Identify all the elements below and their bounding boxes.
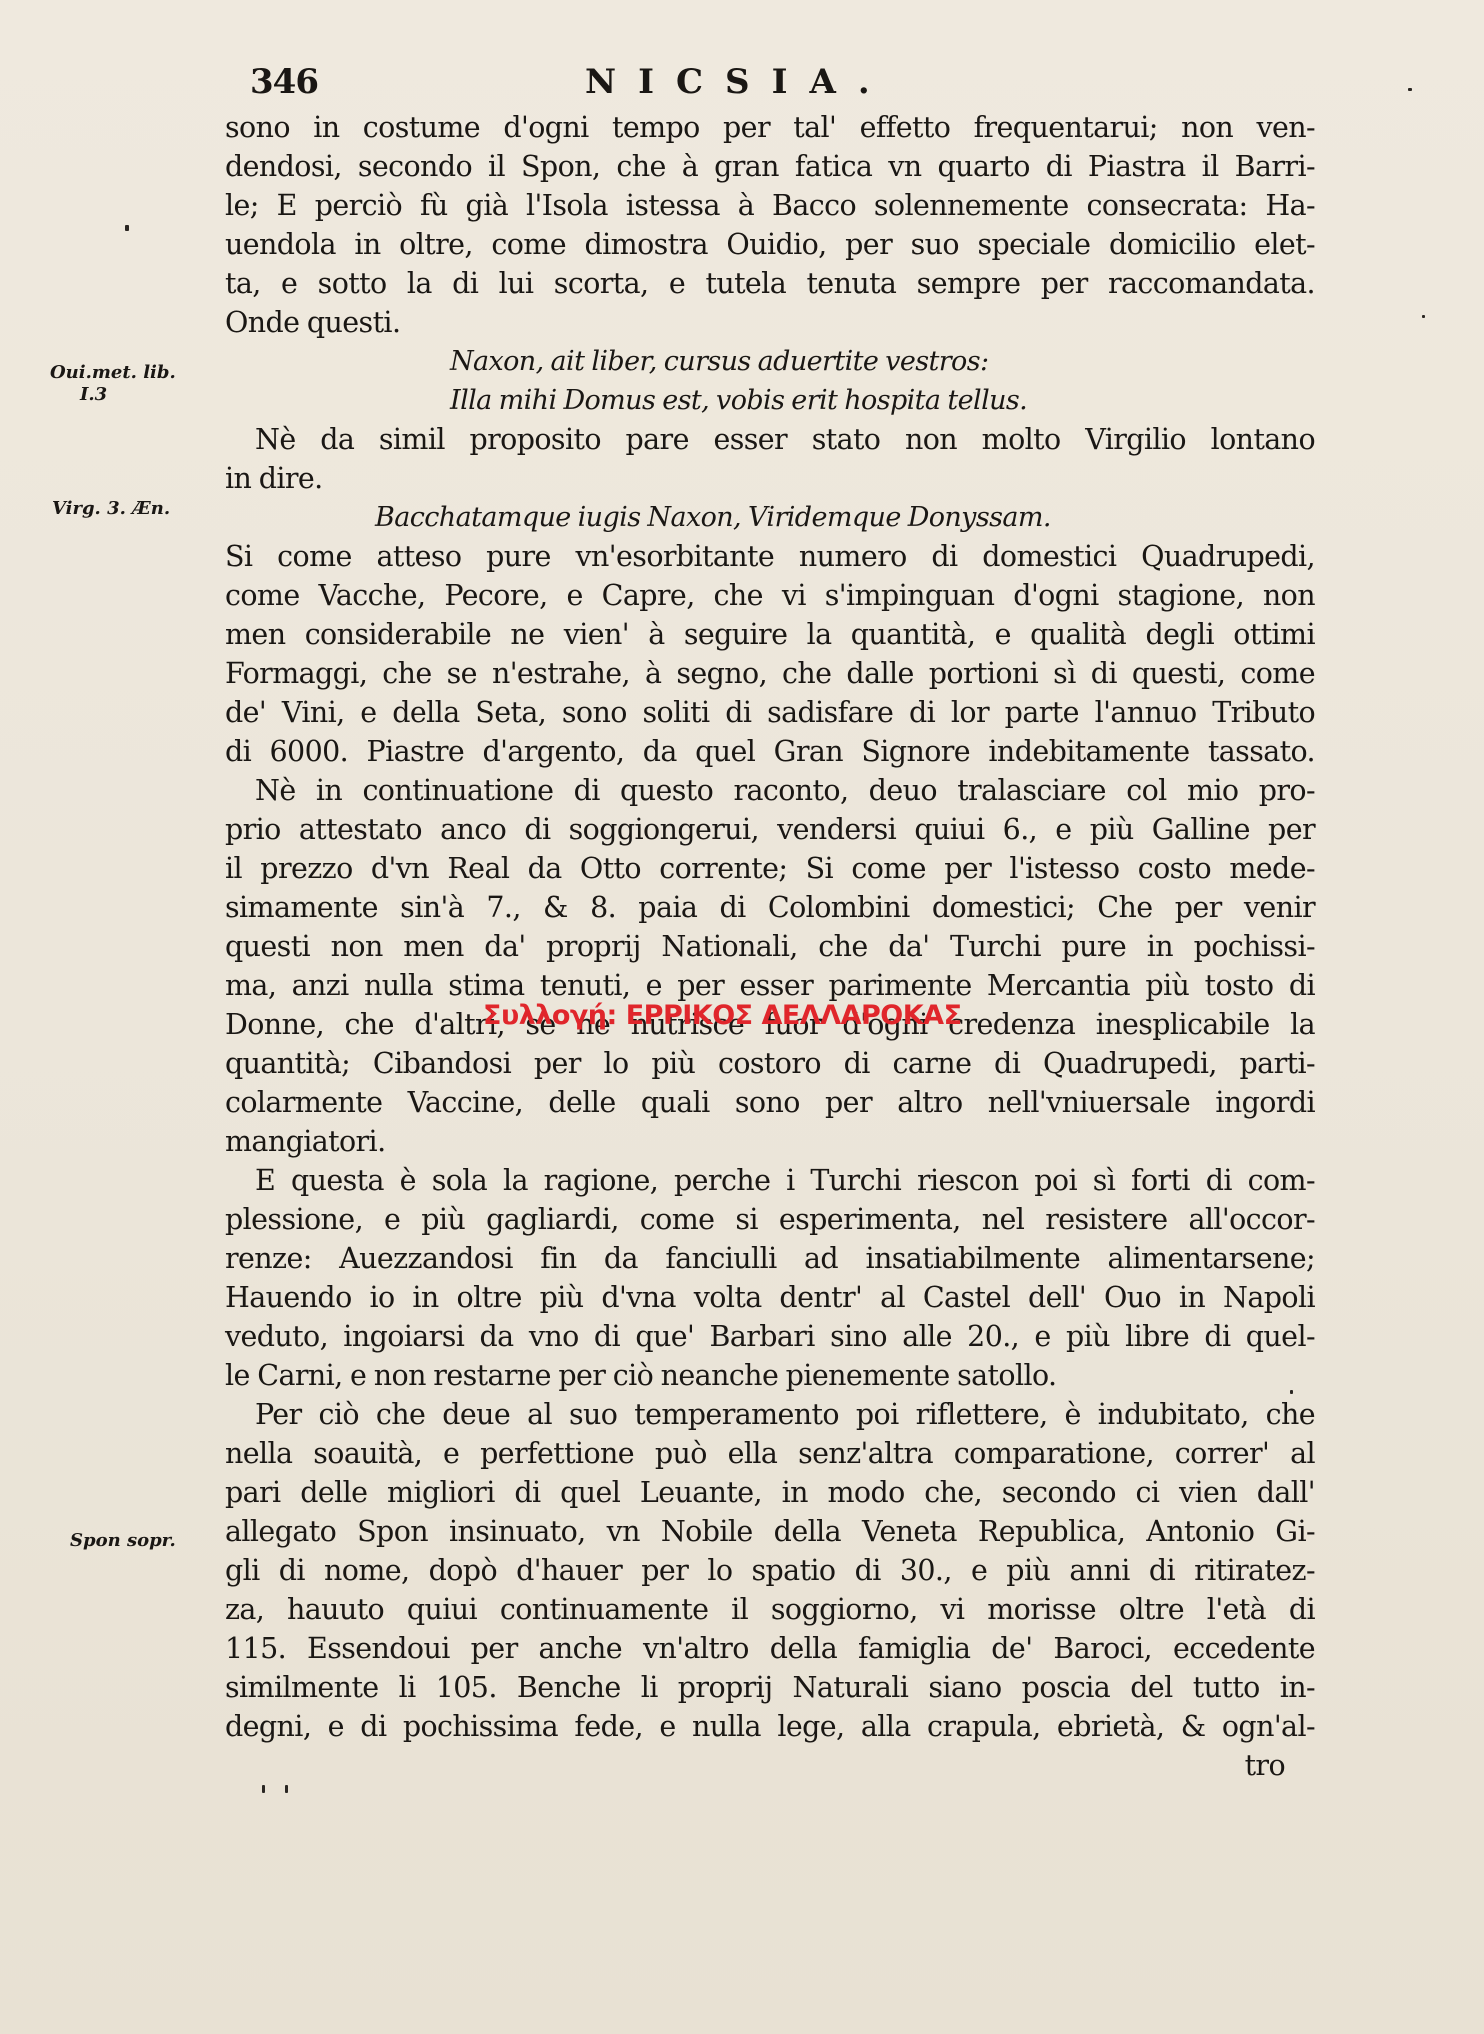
text-line: Hauendo io in oltre più d'vna volta dent…: [225, 1278, 1315, 1317]
text-line: men considerabile ne vien' à seguire la …: [225, 615, 1315, 654]
ink-speck: [285, 1785, 288, 1793]
margin-note-virgil: Virg. 3. Æn.: [52, 498, 170, 520]
verse-line: Bacchatamque iugis Naxon, Viridemque Don…: [225, 498, 1315, 537]
body-text: sono in costume d'ogni tempo per tal' ef…: [225, 108, 1315, 1785]
ink-speck: [1408, 88, 1412, 91]
text-line: plessione, e più gagliardi, come si espe…: [225, 1200, 1315, 1239]
text-line: di 6000. Piastre d'argento, da quel Gran…: [225, 732, 1315, 771]
margin-note-ovid: Oui.met. lib. I.3: [50, 362, 176, 406]
margin-note-ovid-ref: Oui.met. lib.: [50, 362, 176, 384]
text-line: in dire.: [225, 459, 1315, 498]
text-line: nella soauità, e perfettione può ella se…: [225, 1434, 1315, 1473]
text-line: dendosi, secondo il Spon, che à gran fat…: [225, 147, 1315, 186]
page-number: 346: [250, 62, 318, 102]
text-line: za, hauuto quiui continuamente il soggio…: [225, 1590, 1315, 1629]
running-title: NICSIA.: [585, 62, 892, 102]
text-line: colarmente Vaccine, delle quali sono per…: [225, 1083, 1315, 1122]
ink-speck: [262, 1785, 265, 1793]
text-line: degni, e di pochissima fede, e nulla leg…: [225, 1707, 1315, 1746]
text-line: Per ciò che deue al suo temperamento poi…: [225, 1395, 1315, 1434]
text-line: quantità; Cibandosi per lo più costoro d…: [225, 1044, 1315, 1083]
text-line: pari delle migliori di quel Leuante, in …: [225, 1473, 1315, 1512]
ink-speck: [1290, 1390, 1293, 1394]
text-line: Nè in continuatione di questo raconto, d…: [225, 771, 1315, 810]
book-page: 346 NICSIA. Oui.met. lib. I.3 Virg. 3. Æ…: [0, 0, 1484, 2034]
page-header: 346 NICSIA.: [250, 62, 1320, 112]
text-line: ta, e sotto la di lui scorta, e tutela t…: [225, 264, 1315, 303]
text-line: simamente sin'à 7., & 8. paia di Colombi…: [225, 888, 1315, 927]
text-line: renze: Auezzandosi fin da fanciulli ad i…: [225, 1239, 1315, 1278]
text-line: allegato Spon insinuato, vn Nobile della…: [225, 1512, 1315, 1551]
ink-speck: [125, 225, 129, 231]
text-line: mangiatori.: [225, 1122, 1315, 1161]
text-line: le Carni, e non restarne per ciò neanche…: [225, 1356, 1315, 1395]
margin-note-spon: Spon sopr.: [70, 1530, 176, 1552]
text-line: Nè da simil proposito pare esser stato n…: [225, 420, 1315, 459]
text-line: il prezzo d'vn Real da Otto corrente; Si…: [225, 849, 1315, 888]
text-line: sono in costume d'ogni tempo per tal' ef…: [225, 108, 1315, 147]
text-line: E questa è sola la ragione, perche i Tur…: [225, 1161, 1315, 1200]
verse-line: Naxon, ait liber, cursus aduertite vestr…: [225, 342, 1315, 381]
text-line: questi non men da' proprij Nationali, ch…: [225, 927, 1315, 966]
ink-speck: [1422, 315, 1425, 318]
text-line: come Vacche, Pecore, e Capre, che vi s'i…: [225, 576, 1315, 615]
text-line: similmente li 105. Benche li proprij Nat…: [225, 1668, 1315, 1707]
margin-note-ovid-sub: I.3: [50, 384, 176, 406]
text-line: prio attestato anco di soggiongerui, ven…: [225, 810, 1315, 849]
text-line: le; E perciò fù già l'Isola istessa à Ba…: [225, 186, 1315, 225]
text-line: gli di nome, dopò d'hauer per lo spatio …: [225, 1551, 1315, 1590]
text-line: Formaggi, che se n'estrahe, à segno, che…: [225, 654, 1315, 693]
collection-watermark: Συλλογή: ΕΡΡΙΚΟΣ ΔΕΛΛΑΡΟΚΑΣ: [483, 1000, 962, 1031]
text-line: veduto, ingoiarsi da vno di que' Barbari…: [225, 1317, 1315, 1356]
catchword: tro: [225, 1746, 1315, 1785]
text-line: 115. Essendoui per anche vn'altro della …: [225, 1629, 1315, 1668]
verse-line: Illa mihi Domus est, vobis erit hospita …: [225, 381, 1315, 420]
text-line: uendola in oltre, come dimostra Ouidio, …: [225, 225, 1315, 264]
text-line: de' Vini, e della Seta, sono soliti di s…: [225, 693, 1315, 732]
text-line: Si come atteso pure vn'esorbitante numer…: [225, 537, 1315, 576]
text-line: Onde questi.: [225, 303, 1315, 342]
